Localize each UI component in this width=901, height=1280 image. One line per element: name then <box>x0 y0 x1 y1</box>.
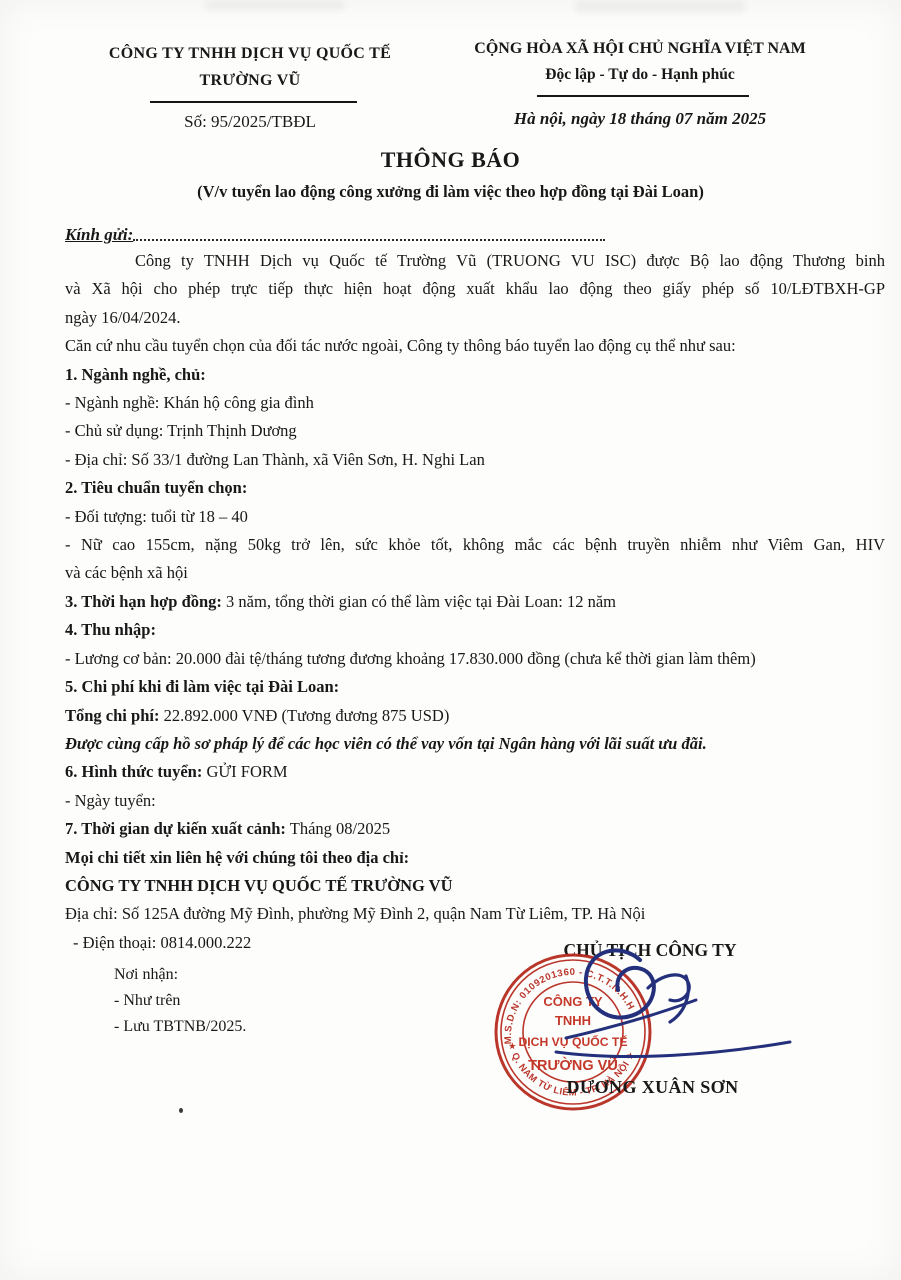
body-line: - Chủ sử dụng: Trịnh Thịnh Dương <box>65 417 885 445</box>
section-7-heading: 7. Thời gian dự kiến xuất cảnh: <box>65 819 286 838</box>
body-line: Công ty TNHH Dịch vụ Quốc tế Trường Vũ (… <box>65 247 885 275</box>
contact-intro-line: Mọi chi tiết xin liên hệ với chúng tôi t… <box>65 844 885 872</box>
section-3-value: 3 năm, tổng thời gian có thể làm việc tạ… <box>222 592 616 611</box>
body-line: - Lương cơ bản: 20.000 đài tệ/tháng tươn… <box>65 645 885 673</box>
dotted-leader-line <box>133 239 605 241</box>
national-motto-line1: CỘNG HÒA XÃ HỘI CHỦ NGHĨA VIỆT NAM <box>430 36 850 62</box>
recipients-label: Nơi nhận: <box>114 962 246 988</box>
section-4-heading: 4. Thu nhập: <box>65 616 885 644</box>
body-line: và Xã hội cho phép trực tiếp thực hiện h… <box>65 275 885 303</box>
body-line: - Địa chỉ: Số 33/1 đường Lan Thành, xã V… <box>65 446 885 474</box>
scan-smudge <box>205 0 345 10</box>
loan-note-line: Được cùng cấp hồ sơ pháp lý để các học v… <box>65 730 885 758</box>
scan-smudge <box>575 0 745 12</box>
document-subtitle: (V/v tuyển lao động công xưởng đi làm vi… <box>0 182 901 202</box>
total-cost-label: Tổng chi phí: <box>65 706 159 725</box>
body-line: - Ngành nghề: Khán hộ công gia đình <box>65 389 885 417</box>
body-line: - Ngày tuyển: <box>65 787 885 815</box>
section-2-heading: 2. Tiêu chuẩn tuyển chọn: <box>65 474 885 502</box>
contact-company-name: CÔNG TY TNHH DỊCH VỤ QUỐC TẾ TRƯỜNG VŨ <box>65 872 885 900</box>
document-page: CÔNG TY TNHH DỊCH VỤ QUỐC TẾ TRƯỜNG VŨ C… <box>0 0 901 1280</box>
stamp-center-line2: TNHH <box>555 1013 591 1028</box>
section-3-heading: 3. Thời hạn hợp đồng: <box>65 592 222 611</box>
company-name-line2: TRƯỜNG VŨ <box>88 67 412 94</box>
company-name-line1: CÔNG TY TNHH DỊCH VỤ QUỐC TẾ <box>88 40 412 67</box>
document-title: THÔNG BÁO <box>0 147 901 173</box>
place-and-date: Hà nội, ngày 18 tháng 07 năm 2025 <box>430 109 850 129</box>
stamp-center-line4: TRƯỜNG VŨ <box>528 1056 618 1074</box>
national-header-rule <box>537 95 749 97</box>
section-7-line: 7. Thời gian dự kiến xuất cảnh: Tháng 08… <box>65 815 885 843</box>
body-line: và các bệnh xã hội <box>65 559 885 587</box>
recipient-item: - Như trên <box>114 988 246 1014</box>
recipients-block: Nơi nhận: - Như trên - Lưu TBTNB/2025. <box>114 962 246 1040</box>
section-3-line: 3. Thời hạn hợp đồng: 3 năm, tổng thời g… <box>65 588 885 616</box>
contact-address-line: Địa chỉ: Số 125A đường Mỹ Đình, phường M… <box>65 900 885 928</box>
recipient-item: - Lưu TBTNB/2025. <box>114 1014 246 1040</box>
body-line: ngày 16/04/2024. <box>65 304 885 332</box>
company-header-rule <box>150 101 357 103</box>
document-number: Số: 95/2025/TBĐL <box>88 112 412 132</box>
national-motto-line2: Độc lập - Tự do - Hạnh phúc <box>430 62 850 88</box>
signature-footer: CHỦ TỊCH CÔNG TY Nơi nhận: - Như trên - … <box>0 930 901 1280</box>
section-6-value: GỬI FORM <box>202 762 287 781</box>
section-7-value: Tháng 08/2025 <box>286 819 390 838</box>
scan-artifact-dot <box>179 1108 183 1113</box>
body-line: - Đối tượng: tuổi từ 18 – 40 <box>65 503 885 531</box>
section-1-heading: 1. Ngành nghề, chủ: <box>65 361 885 389</box>
salutation-label: Kính gửi: <box>65 225 133 245</box>
salutation-row: Kính gửi: <box>65 219 883 245</box>
body-line: Căn cứ nhu cầu tuyển chọn của đối tác nư… <box>65 332 885 360</box>
signer-name: DƯƠNG XUÂN SƠN <box>460 1077 845 1098</box>
section-6-heading: 6. Hình thức tuyển: <box>65 762 202 781</box>
document-body: Công ty TNHH Dịch vụ Quốc tế Trường Vũ (… <box>65 247 885 957</box>
section-6-line: 6. Hình thức tuyển: GỬI FORM <box>65 758 885 786</box>
total-cost-value: 22.892.000 VNĐ (Tương đương 875 USD) <box>159 706 449 725</box>
section-5-heading: 5. Chi phí khi đi làm việc tại Đài Loan: <box>65 673 885 701</box>
company-stamp-and-signature: M.S.D.N: 0109201360 - C.T.T.N.H.H ★ Q. N… <box>470 930 800 1190</box>
body-line: - Nữ cao 155cm, nặng 50kg trở lên, sức k… <box>65 531 885 559</box>
national-header: CỘNG HÒA XÃ HỘI CHỦ NGHĨA VIỆT NAM Độc l… <box>430 36 850 88</box>
total-cost-line: Tổng chi phí: 22.892.000 VNĐ (Tương đươn… <box>65 702 885 730</box>
company-header: CÔNG TY TNHH DỊCH VỤ QUỐC TẾ TRƯỜNG VŨ <box>88 40 412 94</box>
